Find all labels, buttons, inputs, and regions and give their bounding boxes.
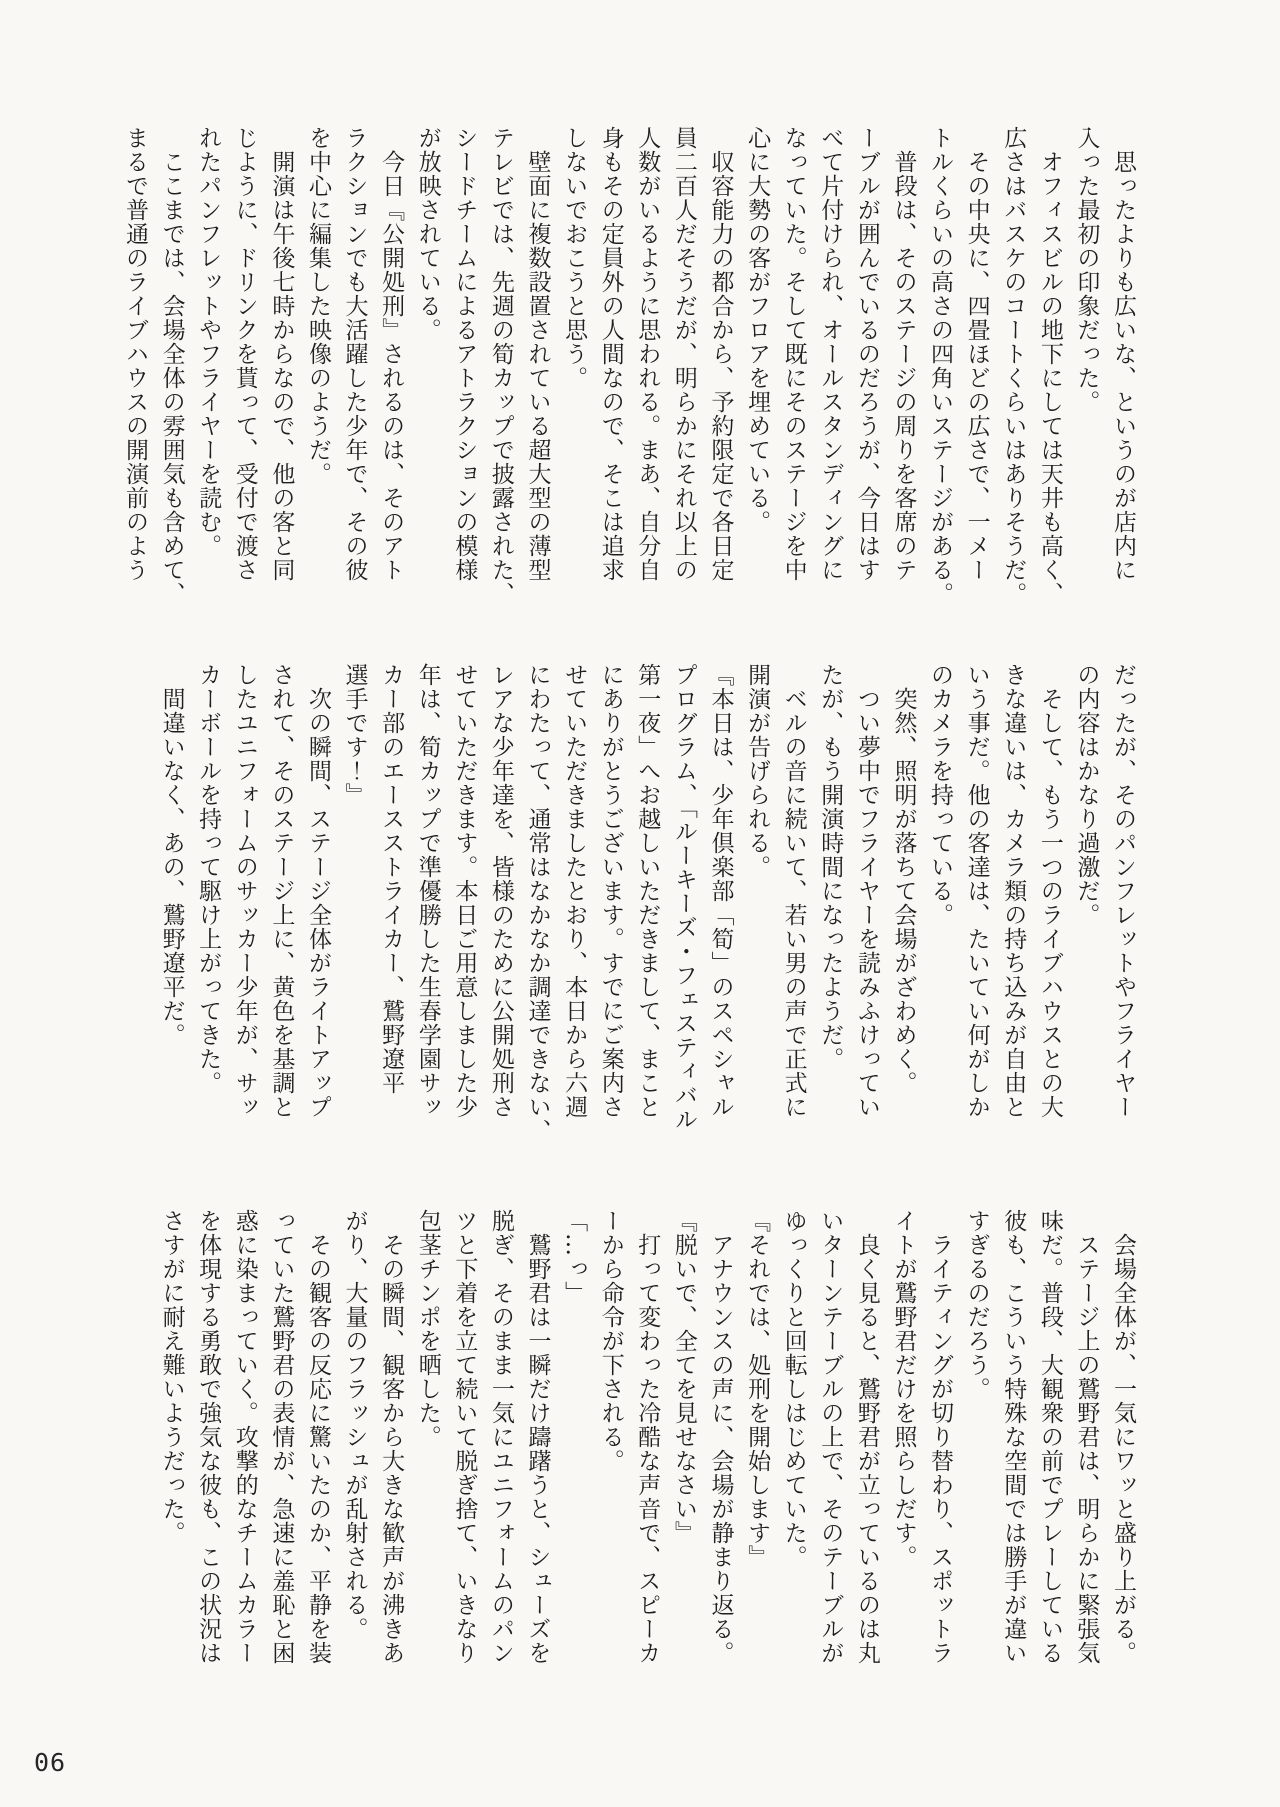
page-number: 06 (34, 1748, 66, 1777)
scanned-book-page: 思ったよりも広いな、というのが店内に 入った最初の印象だった。 オフィスビルの地… (0, 0, 1280, 1807)
text-band-middle: だったが、そのパンフレットやフライヤー の内容はかなり過激だ。 そして、もう一つ… (153, 663, 1141, 1149)
text-band-top: 思ったよりも広いな、というのが店内に 入った最初の印象だった。 オフィスビルの地… (116, 126, 1141, 612)
text-band-bottom: 会場全体が、一気にワッと盛り上がる。 ステージ上の鷲野君は、明らかに緊張気 味だ… (153, 1209, 1141, 1695)
